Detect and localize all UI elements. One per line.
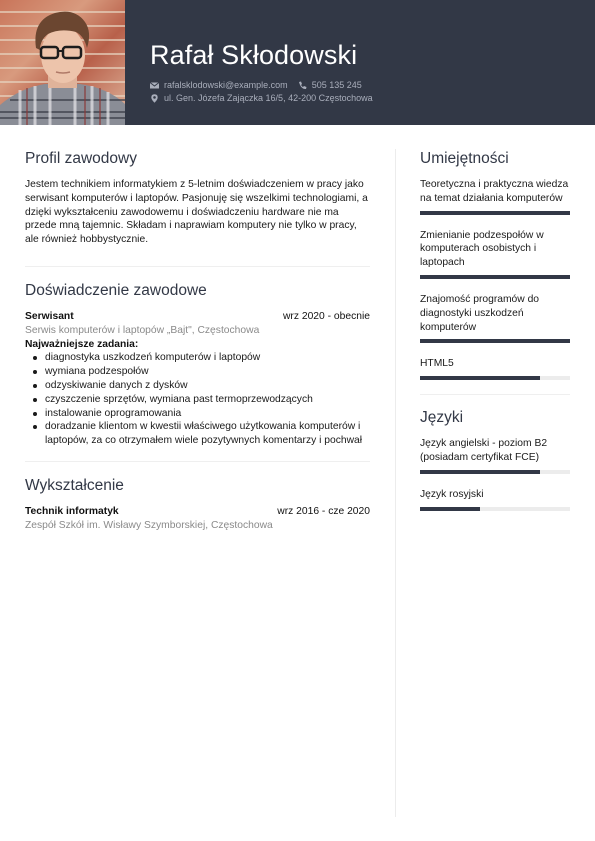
skill-item-level-fill <box>420 211 570 215</box>
column-divider <box>395 149 396 817</box>
skill-item-level-bar <box>420 376 570 380</box>
section-divider <box>25 461 370 462</box>
skill-item-level-bar <box>420 275 570 279</box>
task-item: wymiana podzespołów <box>25 365 370 379</box>
education-heading: Wykształcenie <box>25 476 370 496</box>
languages-section: Języki Język angielski - poziom B2 (posi… <box>420 408 570 510</box>
language-item: Język rosyjski <box>420 488 570 511</box>
language-item-level-bar <box>420 507 570 511</box>
section-divider <box>25 266 370 267</box>
experience-section: Doświadczenie zawodowe Serwisant wrz 202… <box>25 281 370 448</box>
language-item-level-bar <box>420 470 570 474</box>
skill-item-level-fill <box>420 339 570 343</box>
task-item: doradzanie klientom w kwestii właściwego… <box>25 420 370 448</box>
education-degree: Technik informatyk <box>25 505 119 519</box>
skill-item-label: Zmienianie podzespołów w komputerach oso… <box>420 229 570 270</box>
map-pin-icon <box>150 94 159 103</box>
contact-email[interactable]: rafalsklodowski@example.com <box>164 80 288 90</box>
language-item-level-fill <box>420 507 480 511</box>
skill-item: Znajomość programów do diagnostyki uszko… <box>420 293 570 343</box>
job-dates: wrz 2020 - obecnie <box>283 310 370 324</box>
tasks-label: Najważniejsze zadania: <box>25 338 370 352</box>
task-list: diagnostyka uszkodzeń komputerów i lapto… <box>25 351 370 448</box>
profile-photo <box>0 0 125 125</box>
skill-item-label: HTML5 <box>420 357 570 371</box>
contact-address: ul. Gen. Józefa Zajączka 16/5, 42-200 Cz… <box>164 93 373 103</box>
job-company: Serwis komputerów i laptopów „Bajt", Czę… <box>25 324 370 338</box>
language-item-label: Język angielski - poziom B2 (posiadam ce… <box>420 437 570 465</box>
section-divider <box>420 394 570 395</box>
skill-item-label: Teoretyczna i praktyczna wiedza na temat… <box>420 178 570 206</box>
skills-section: Umiejętności Teoretyczna i praktyczna wi… <box>420 149 570 380</box>
skill-item-level-fill <box>420 275 570 279</box>
task-item: instalowanie oprogramowania <box>25 407 370 421</box>
task-item: czyszczenie sprzętów, wymiana past termo… <box>25 393 370 407</box>
envelope-icon <box>150 81 159 90</box>
resume-header: Rafał Skłodowski rafalsklodowski@example… <box>0 0 595 125</box>
contact-row-primary: rafalsklodowski@example.com 505 135 245 <box>150 80 362 90</box>
language-item: Język angielski - poziom B2 (posiadam ce… <box>420 437 570 474</box>
skill-item: Zmienianie podzespołów w komputerach oso… <box>420 229 570 279</box>
language-item-level-fill <box>420 470 540 474</box>
contact-phone[interactable]: 505 135 245 <box>312 80 362 90</box>
skill-item-level-fill <box>420 376 540 380</box>
skill-item-label: Znajomość programów do diagnostyki uszko… <box>420 293 570 334</box>
side-column: Umiejętności Teoretyczna i praktyczna wi… <box>420 149 570 511</box>
skills-heading: Umiejętności <box>420 149 570 169</box>
education-school: Zespół Szkół im. Wisławy Szymborskiej, C… <box>25 519 370 533</box>
profile-text: Jestem technikiem informatykiem z 5-letn… <box>25 178 370 247</box>
skill-item-level-bar <box>420 211 570 215</box>
profile-heading: Profil zawodowy <box>25 149 370 169</box>
profile-section: Profil zawodowy Jestem technikiem inform… <box>25 149 370 247</box>
phone-icon <box>298 81 307 90</box>
languages-heading: Języki <box>420 408 570 428</box>
contact-row-address: ul. Gen. Józefa Zajączka 16/5, 42-200 Cz… <box>150 93 373 103</box>
education-section: Wykształcenie Technik informatyk wrz 201… <box>25 476 370 533</box>
experience-heading: Doświadczenie zawodowe <box>25 281 370 301</box>
skill-item: HTML5 <box>420 357 570 380</box>
job-position: Serwisant <box>25 310 74 324</box>
task-item: odzyskiwanie danych z dysków <box>25 379 370 393</box>
education-entry: Technik informatyk wrz 2016 - cze 2020 Z… <box>25 505 370 533</box>
job-entry: Serwisant wrz 2020 - obecnie Serwis komp… <box>25 310 370 448</box>
language-item-label: Język rosyjski <box>420 488 570 502</box>
skill-item: Teoretyczna i praktyczna wiedza na temat… <box>420 178 570 215</box>
skill-item-level-bar <box>420 339 570 343</box>
main-column: Profil zawodowy Jestem technikiem inform… <box>25 149 370 533</box>
education-dates: wrz 2016 - cze 2020 <box>277 505 370 519</box>
task-item: diagnostyka uszkodzeń komputerów i lapto… <box>25 351 370 365</box>
candidate-name: Rafał Skłodowski <box>150 40 357 71</box>
